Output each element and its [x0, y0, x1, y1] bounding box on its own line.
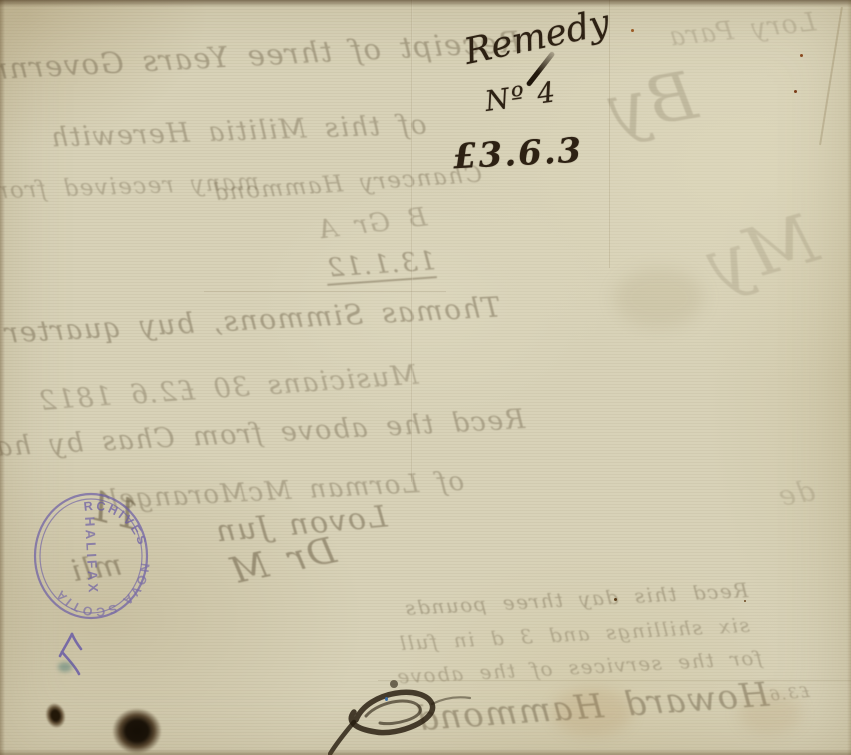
bleedthrough-line: Recd the above from Chas by hand — [0, 405, 541, 463]
bleedthrough-line: Musicians 30 £2.6 1812 — [0, 354, 528, 423]
bleedthrough-line: mli — [0, 513, 395, 626]
bleedthrough-line: By — [351, 19, 851, 188]
bleedthrough-line: B Gr A — [73, 175, 672, 274]
bleedthrough-line: My — [464, 138, 851, 369]
bleedthrough-line: Thomas Simmons, buy quarter £4 — [0, 292, 524, 351]
bleedthrough-line: 11 — [0, 419, 409, 603]
bleedthrough-line: Howard Hammond — [292, 669, 851, 745]
bleedthrough-line: Recd this day three pounds — [276, 573, 851, 624]
bleedthrough-line: Chancery Hammond — [47, 153, 647, 218]
ink-annotation: Nº 4 — [222, 41, 820, 152]
bleedthrough-line: de — [498, 428, 851, 560]
bleedthrough-line: many received from — [0, 166, 422, 210]
bleedthrough-line: Receipt of three Years Government — [0, 27, 524, 87]
bleedthrough-line: of this Militia Herewith — [0, 107, 538, 155]
bleedthrough-line: of Lorman McMorangel — [0, 463, 586, 520]
bleedthrough-line: Lory Para — [442, 0, 851, 75]
bleedthrough-line: 13.1.12 — [81, 231, 681, 299]
ink-annotation: £3.6.3 — [218, 121, 819, 186]
bleedthrough-line: £3.6 — [490, 655, 851, 734]
bleedthrough-line: for the services of the above — [279, 641, 851, 692]
document-page: Receipt of three Years GovernmentLory Pa… — [0, 0, 851, 755]
bleedthrough-line: six shillings and 3 d in full — [274, 608, 851, 659]
ink-annotation: Remedy — [240, 0, 834, 118]
handwriting-layer: Receipt of three Years GovernmentLory Pa… — [0, 0, 851, 755]
bleedthrough-line: Lovon Jun — [1, 484, 601, 566]
bleedthrough-line: Dr M — [0, 482, 580, 642]
